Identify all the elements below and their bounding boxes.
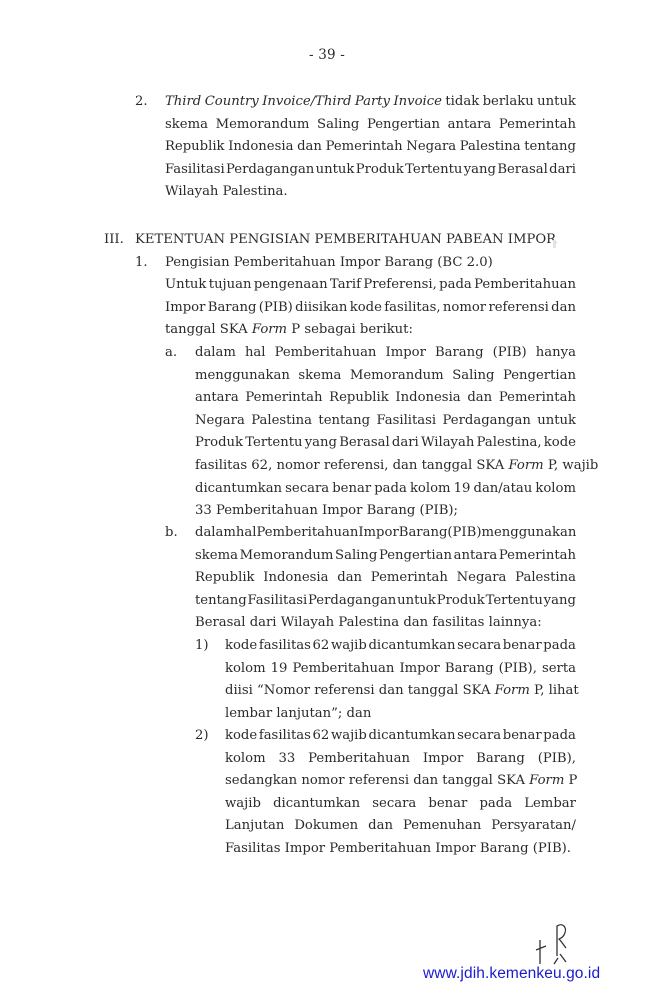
item-1-number: 1.	[135, 252, 148, 275]
footer-url-link[interactable]: www.jdih.kemenkeu.go.id	[423, 965, 600, 983]
sub-item-1-text: kodefasilitas62wajibdicantumkansecaraben…	[225, 635, 576, 725]
item-b-number: b.	[165, 522, 178, 545]
item-a-number: a.	[165, 342, 177, 365]
page-number: - 39 -	[0, 47, 654, 63]
item-2-line-3: RepublikIndonesiadanPemerintahNegaraPale…	[165, 136, 576, 159]
item-a-text: dalamhalPemberitahuanImporBarang(PIB)han…	[195, 342, 576, 523]
item-2-text: ThirdCountryInvoice/ThirdPartyInvoicetid…	[165, 91, 576, 204]
item-2-line-1: ThirdCountryInvoice/ThirdPartyInvoicetid…	[165, 91, 576, 114]
item-1-intro: UntuktujuanpengenaanTarifPreferensi,pada…	[165, 274, 576, 342]
item-b-text: dalamhalPemberitahuanImporBarang(PIB)men…	[195, 522, 576, 635]
sub-item-2-number: 2)	[195, 725, 209, 748]
item-2-line-5: Wilayah Palestina.	[165, 181, 576, 204]
sub-item-1-number: 1)	[195, 635, 209, 658]
scan-mark	[553, 240, 556, 248]
item-2-line-4: FasilitasiPerdaganganuntukProdukTertentu…	[165, 159, 576, 182]
section-3-heading: KETENTUAN PENGISIAN PEMBERITAHUAN PABEAN…	[135, 229, 556, 252]
initials-signature-icon	[530, 918, 580, 972]
section-3-number: III.	[104, 229, 124, 252]
item-2-line-2: skemaMemorandumSalingPengertianantaraPem…	[165, 114, 576, 137]
item-1-title: Pengisian Pemberitahuan Impor Barang (BC…	[165, 252, 493, 275]
item-2-number: 2.	[135, 91, 148, 114]
sub-item-2-text: kodefasilitas62wajibdicantumkansecaraben…	[225, 725, 576, 861]
